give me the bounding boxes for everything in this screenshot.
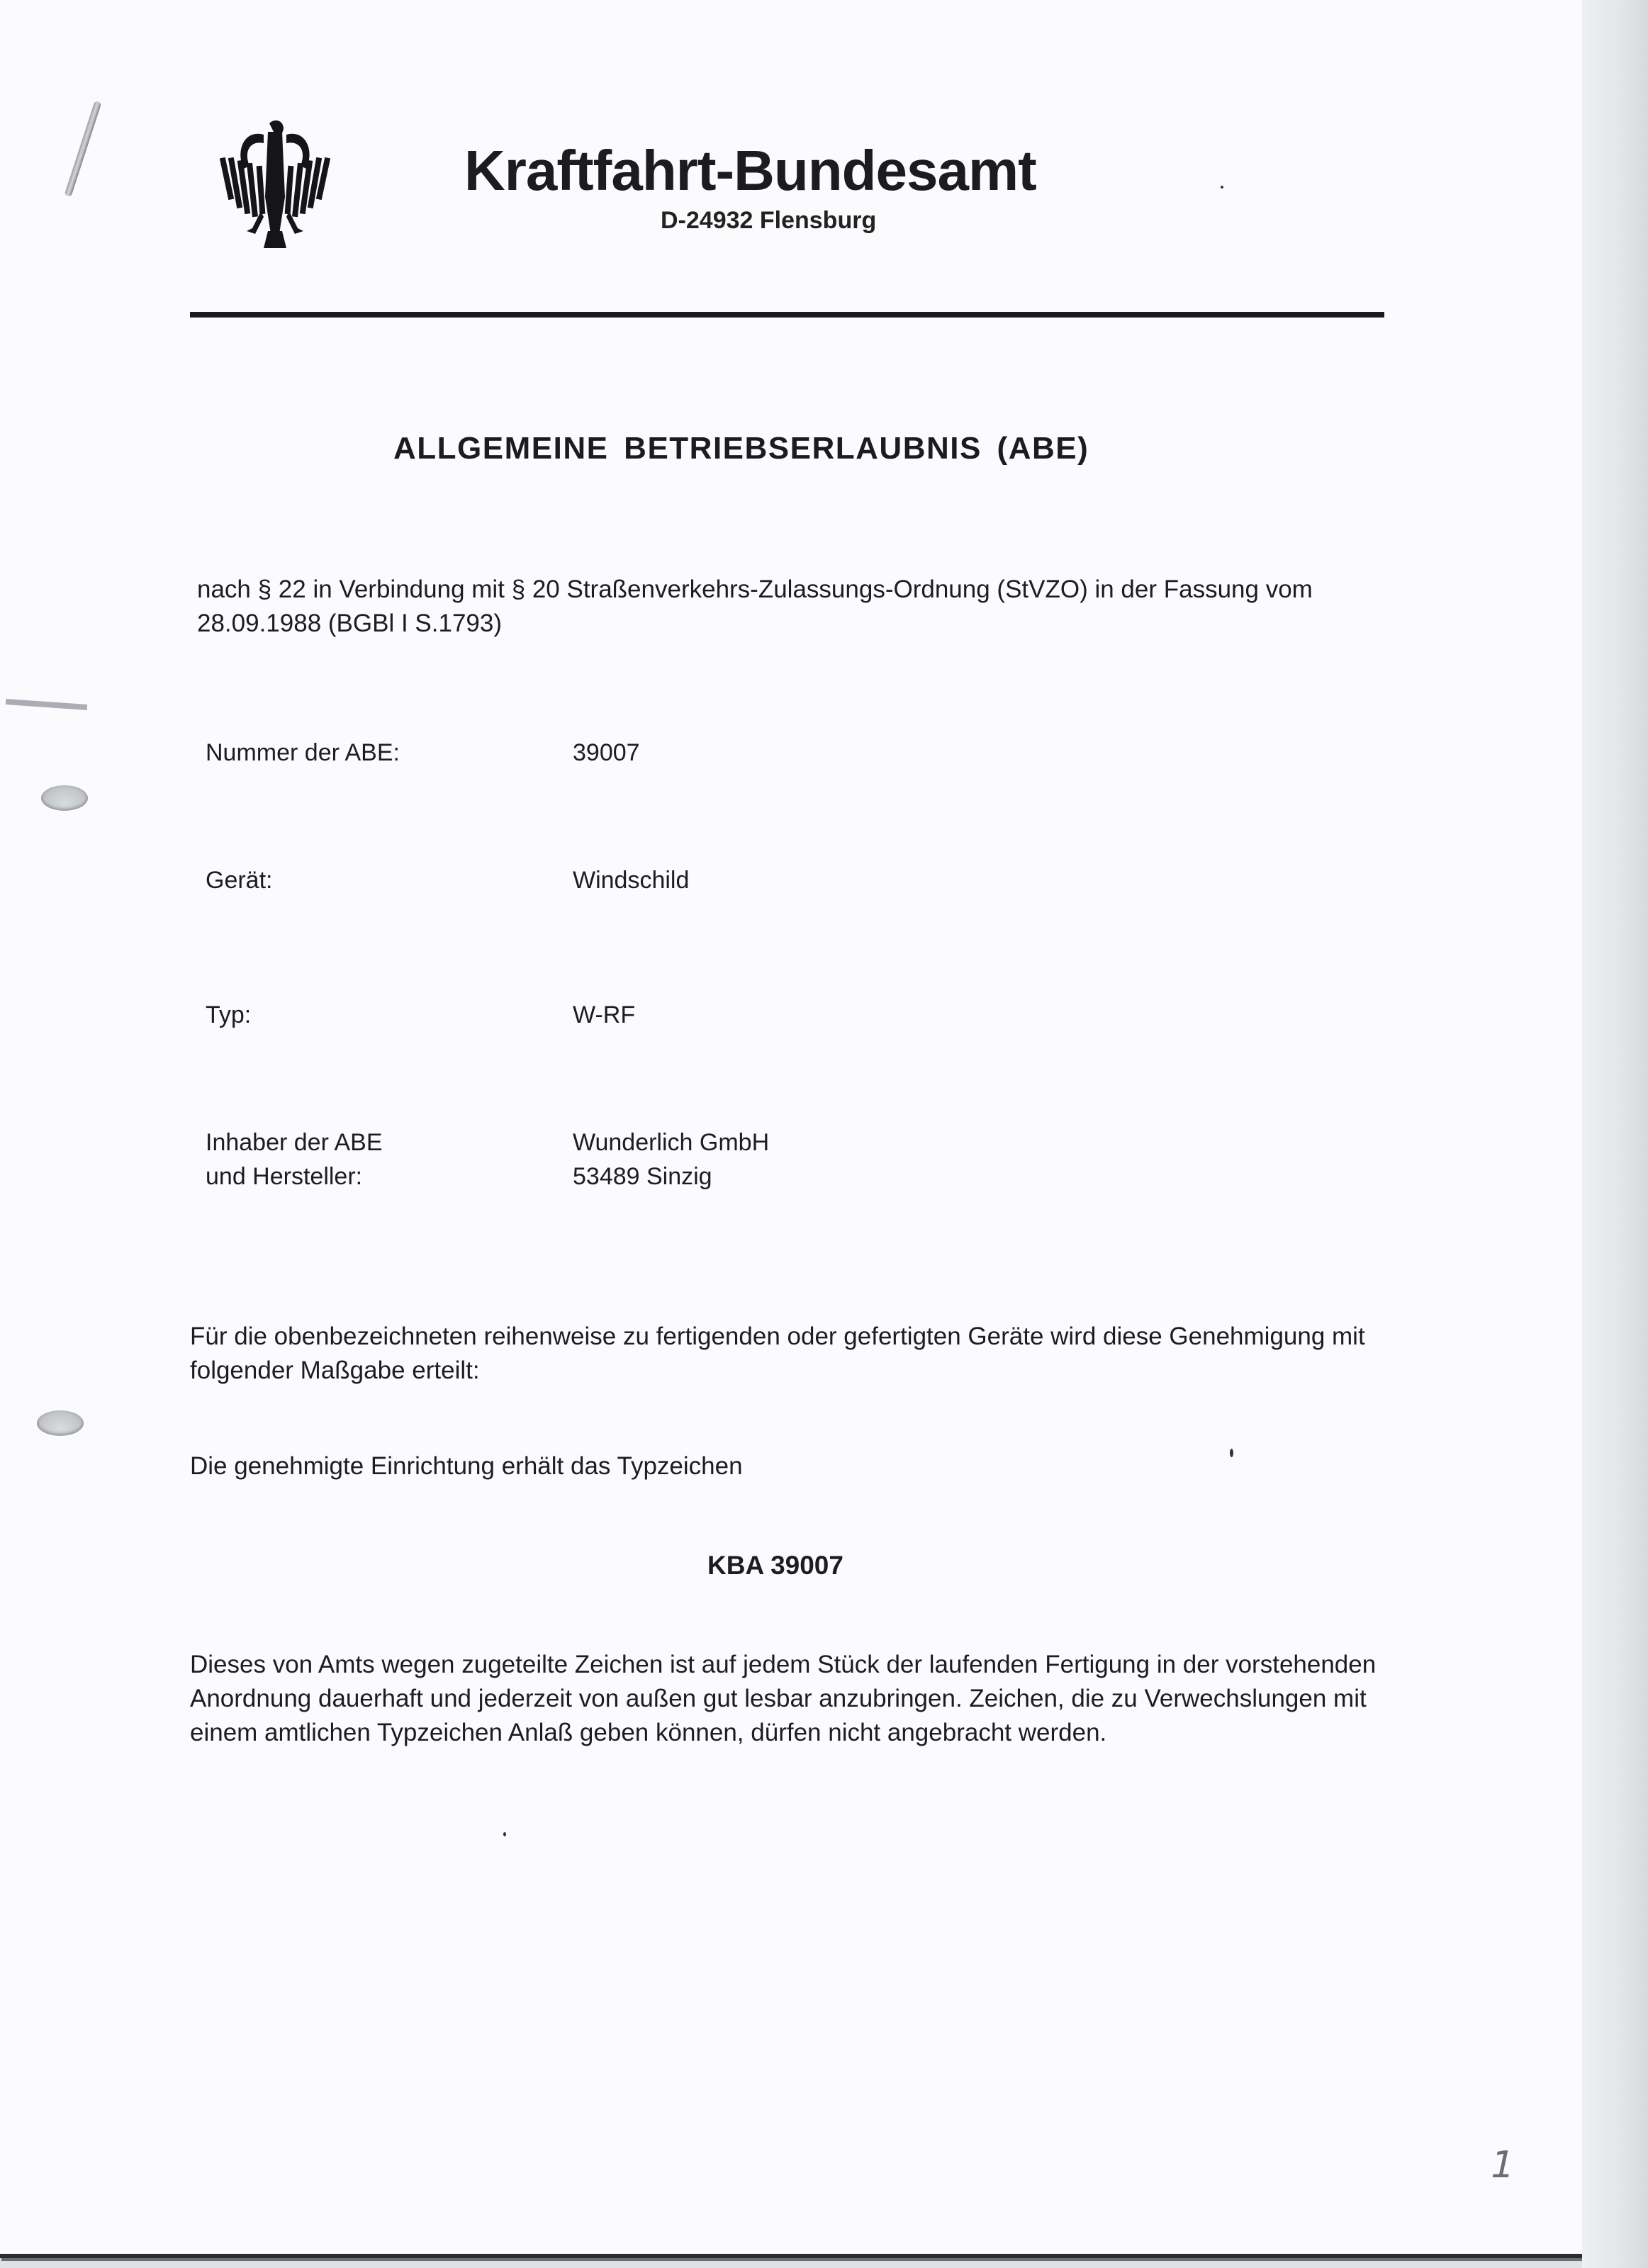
page-number: 1 <box>1486 2144 1519 2186</box>
legal-basis-text: nach § 22 in Verbindung mit § 20 Straßen… <box>197 573 1402 641</box>
field-label: Nummer der ABE: <box>206 736 400 770</box>
type-mark: KBA 39007 <box>707 1551 843 1581</box>
scanner-edge <box>1582 0 1648 2268</box>
field-label: Inhaber der ABE und Hersteller: <box>206 1125 383 1194</box>
organization-name: Kraftfahrt-Bundesamt <box>464 138 1036 203</box>
federal-eagle-icon <box>204 112 346 254</box>
scan-speck <box>1221 186 1223 189</box>
field-label: Typ: <box>206 998 251 1032</box>
scan-speck <box>1230 1449 1233 1457</box>
field-value: W-RF <box>573 998 635 1032</box>
approval-statement: Für die obenbezeichneten reihenweise zu … <box>190 1320 1409 1388</box>
punch-hole <box>41 785 88 811</box>
marking-requirements: Dieses von Amts wegen zugeteilte Zeichen… <box>190 1648 1395 1750</box>
organization-address: D-24932 Flensburg <box>661 207 876 235</box>
scan-speck <box>503 1832 506 1836</box>
staple-mark <box>65 101 102 197</box>
type-mark-intro: Die genehmigte Einrichtung erhält das Ty… <box>190 1449 1409 1483</box>
document-title: ALLGEMEINE BETRIEBSERLAUBNIS (ABE) <box>393 431 1089 466</box>
header-divider <box>190 312 1384 318</box>
document-page: Kraftfahrt-Bundesamt D-24932 Flensburg A… <box>0 0 1582 2258</box>
field-value: Wunderlich GmbH 53489 Sinzig <box>573 1125 769 1194</box>
field-value: 39007 <box>573 736 640 770</box>
field-value: Windschild <box>573 863 689 897</box>
field-label: Gerät: <box>206 863 272 897</box>
scan-smudge <box>6 699 87 710</box>
punch-hole <box>37 1410 84 1436</box>
